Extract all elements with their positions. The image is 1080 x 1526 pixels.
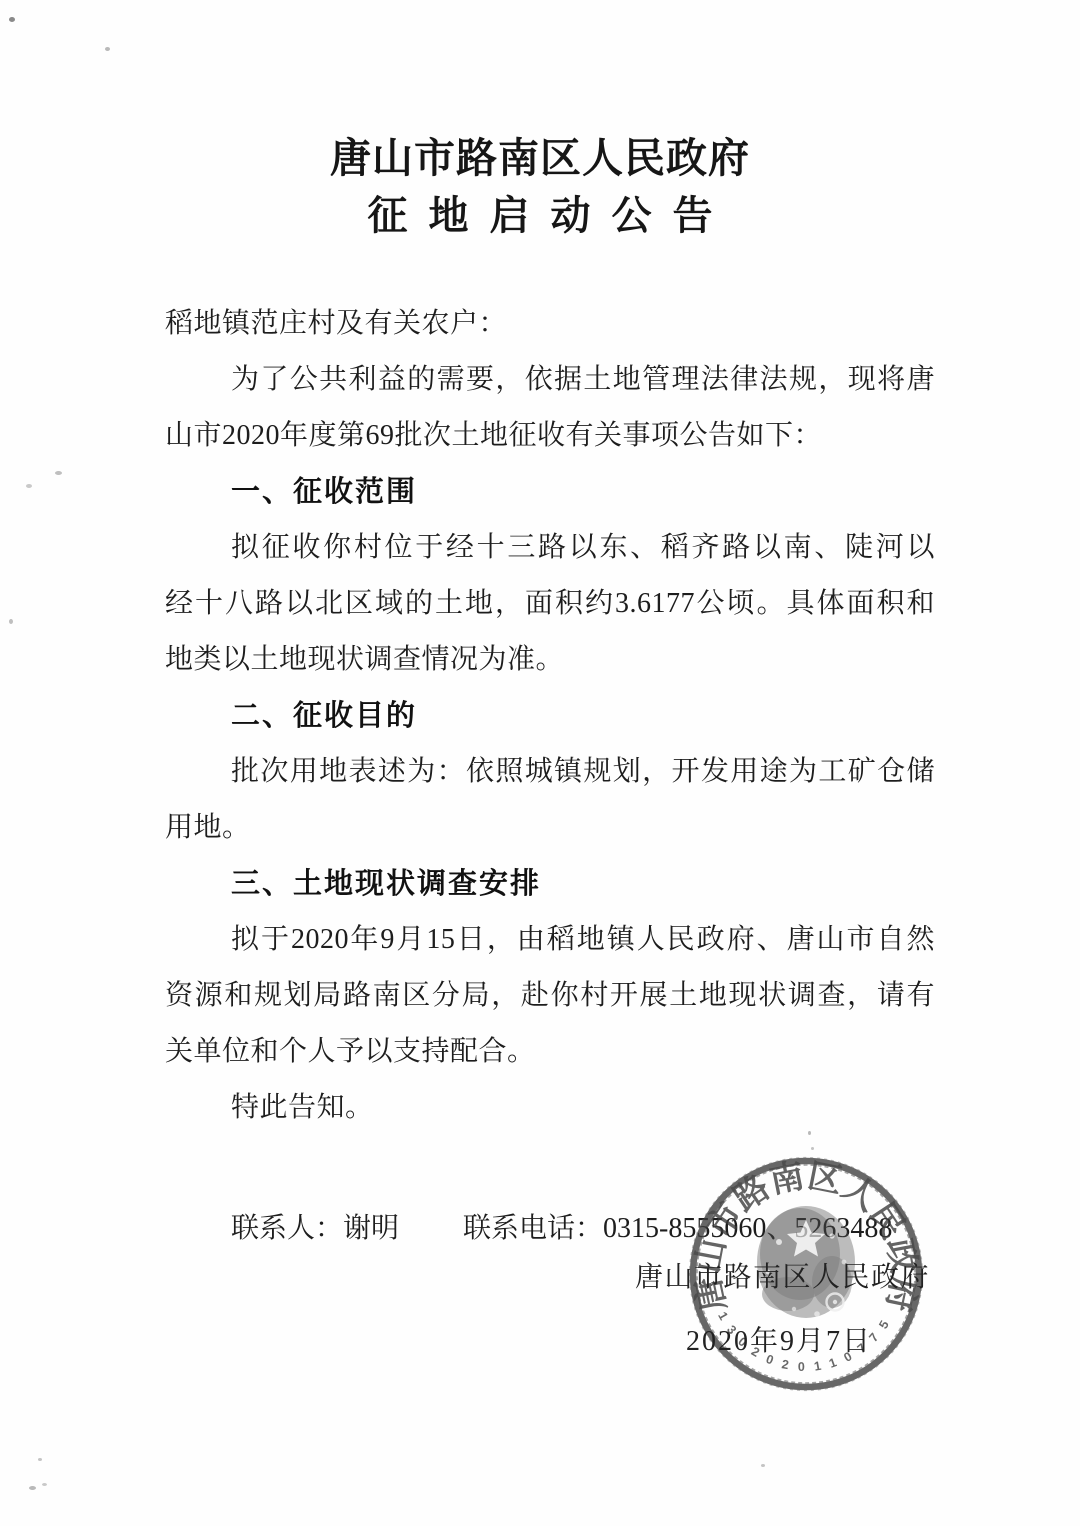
salutation-line: 稻地镇范庄村及有关农户： xyxy=(165,296,935,352)
body-line: 为了公共利益的需要，依据土地管理法律法规，现将唐 xyxy=(165,352,935,408)
body-line: 批次用地表述为：依照城镇规划，开发用途为工矿仓储 xyxy=(165,744,935,800)
document-title-issuer: 唐山市路南区人民政府 xyxy=(0,132,1080,184)
body-line: 地类以土地现状调查情况为准。 xyxy=(165,632,935,688)
body-line: 山市2020年度第69批次土地征收有关事项公告如下： xyxy=(165,408,935,464)
scanned-document-page: 唐山市路南区人民政府 征地启动公告 稻地镇范庄村及有关农户： 为了公共利益的需要… xyxy=(0,0,1080,1526)
document-body: 稻地镇范庄村及有关农户： 为了公共利益的需要，依据土地管理法律法规，现将唐 山市… xyxy=(165,296,935,1136)
body-line: 资源和规划局路南区分局，赴你村开展土地现状调查，请有 xyxy=(165,968,935,1024)
body-line: 用地。 xyxy=(165,800,935,856)
scan-speck xyxy=(26,484,32,488)
scan-speck xyxy=(9,17,15,22)
signature-issuer: 唐山市路南区人民政府 xyxy=(635,1256,930,1300)
document-title-announcement: 征地启动公告 xyxy=(0,190,1080,242)
scan-speck xyxy=(42,1483,47,1486)
scan-speck xyxy=(29,1486,36,1490)
signature-date: 2020年9月7日 xyxy=(686,1320,872,1364)
contact-phone-label: 联系电话： xyxy=(463,1213,603,1244)
scan-speck xyxy=(105,47,110,51)
body-line: 关单位和个人予以支持配合。 xyxy=(165,1024,935,1080)
body-line: 经十八路以北区域的土地，面积约3.6177公顷。具体面积和 xyxy=(165,576,935,632)
section-heading-3: 三、土地现状调查安排 xyxy=(165,856,935,912)
contact-person-label: 联系人： xyxy=(231,1213,343,1244)
scan-speck xyxy=(55,471,62,475)
contact-person-name: 谢明 xyxy=(343,1213,399,1244)
scan-speck xyxy=(761,1464,765,1467)
scan-speck xyxy=(38,1458,42,1461)
scan-speck xyxy=(9,619,13,624)
body-line: 拟征收你村位于经十三路以东、稻齐路以南、陡河以西、 xyxy=(165,520,935,576)
section-heading-2: 二、征收目的 xyxy=(165,688,935,744)
body-line: 拟于2020年9月15日，由稻地镇人民政府、唐山市自然 xyxy=(165,912,935,968)
section-heading-1: 一、征收范围 xyxy=(165,464,935,520)
